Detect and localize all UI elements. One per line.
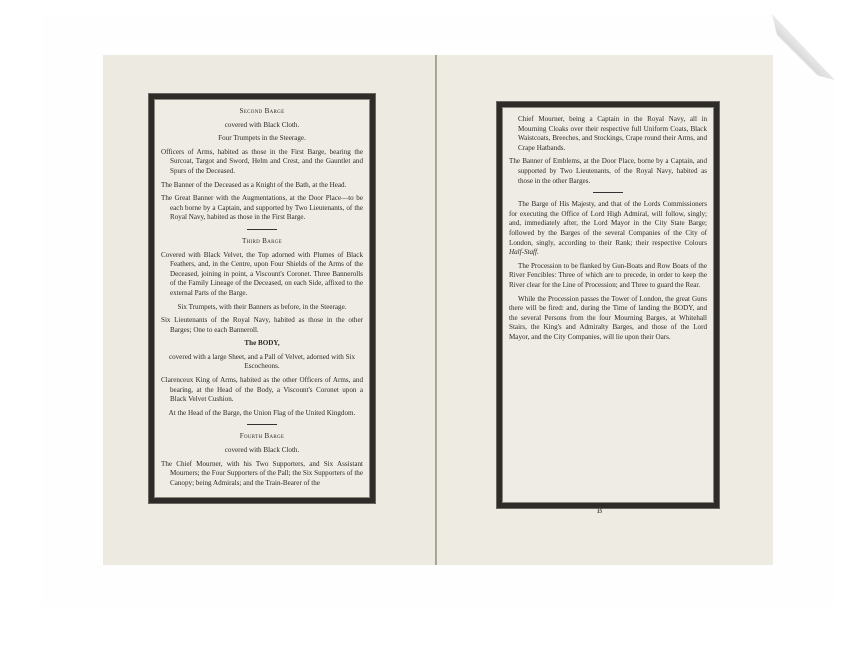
paragraph: The Great Banner with the Augmentations,…	[161, 194, 363, 223]
right-mourning-border: Chief Mourner, being a Captain in the Ro…	[497, 102, 719, 508]
paragraph: Six Trumpets, with their Banners as befo…	[161, 303, 363, 313]
paragraph: At the Head of the Barge, the Union Flag…	[161, 409, 363, 419]
subheading: covered with Black Cloth.	[161, 121, 363, 131]
heading-second-barge: Second Barge	[161, 107, 363, 117]
heading-fourth-barge: Fourth Barge	[161, 432, 363, 442]
paragraph: The Chief Mourner, with his Two Supporte…	[161, 460, 363, 489]
paragraph: Six Lieutenants of the Royal Navy, habit…	[161, 316, 363, 335]
paragraph: Chief Mourner, being a Captain in the Ro…	[509, 115, 707, 153]
right-page: Chief Mourner, being a Captain in the Ro…	[437, 55, 773, 565]
paragraph: Clarenceux King of Arms, habited as the …	[161, 376, 363, 405]
paragraph-text: The Barge of His Majesty, and that of th…	[509, 200, 707, 246]
paragraph: While the Procession passes the Tower of…	[509, 295, 707, 343]
left-page-text: Second Barge covered with Black Cloth. F…	[161, 107, 363, 492]
body-description: covered with a large Sheet, and a Pall o…	[161, 353, 363, 372]
subheading: covered with Black Cloth.	[161, 446, 363, 456]
paragraph: The Banner of Emblems, at the Door Place…	[509, 157, 707, 186]
paragraph: Covered with Black Velvet, the Top adorn…	[161, 251, 363, 299]
paragraph: The Procession to be flanked by Gun-Boat…	[509, 262, 707, 291]
left-mourning-border: Second Barge covered with Black Cloth. F…	[149, 94, 375, 503]
paragraph: Officers of Arms, habited as those in th…	[161, 148, 363, 177]
signature-mark: B	[597, 506, 602, 515]
section-divider	[593, 192, 623, 193]
heading-third-barge: Third Barge	[161, 237, 363, 247]
section-divider	[247, 424, 277, 425]
paragraph: The Barge of His Majesty, and that of th…	[509, 200, 707, 258]
book-spread: Second Barge covered with Black Cloth. F…	[103, 55, 773, 565]
right-page-text: Chief Mourner, being a Captain in the Ro…	[509, 115, 707, 346]
paragraph: The Banner of the Deceased as a Knight o…	[161, 181, 363, 191]
body-heading: The BODY,	[161, 339, 363, 349]
italic-text: Half-Staff.	[509, 248, 539, 256]
left-page: Second Barge covered with Black Cloth. F…	[103, 55, 436, 565]
section-divider	[247, 229, 277, 230]
paragraph: Four Trumpets in the Steerage.	[161, 134, 363, 144]
